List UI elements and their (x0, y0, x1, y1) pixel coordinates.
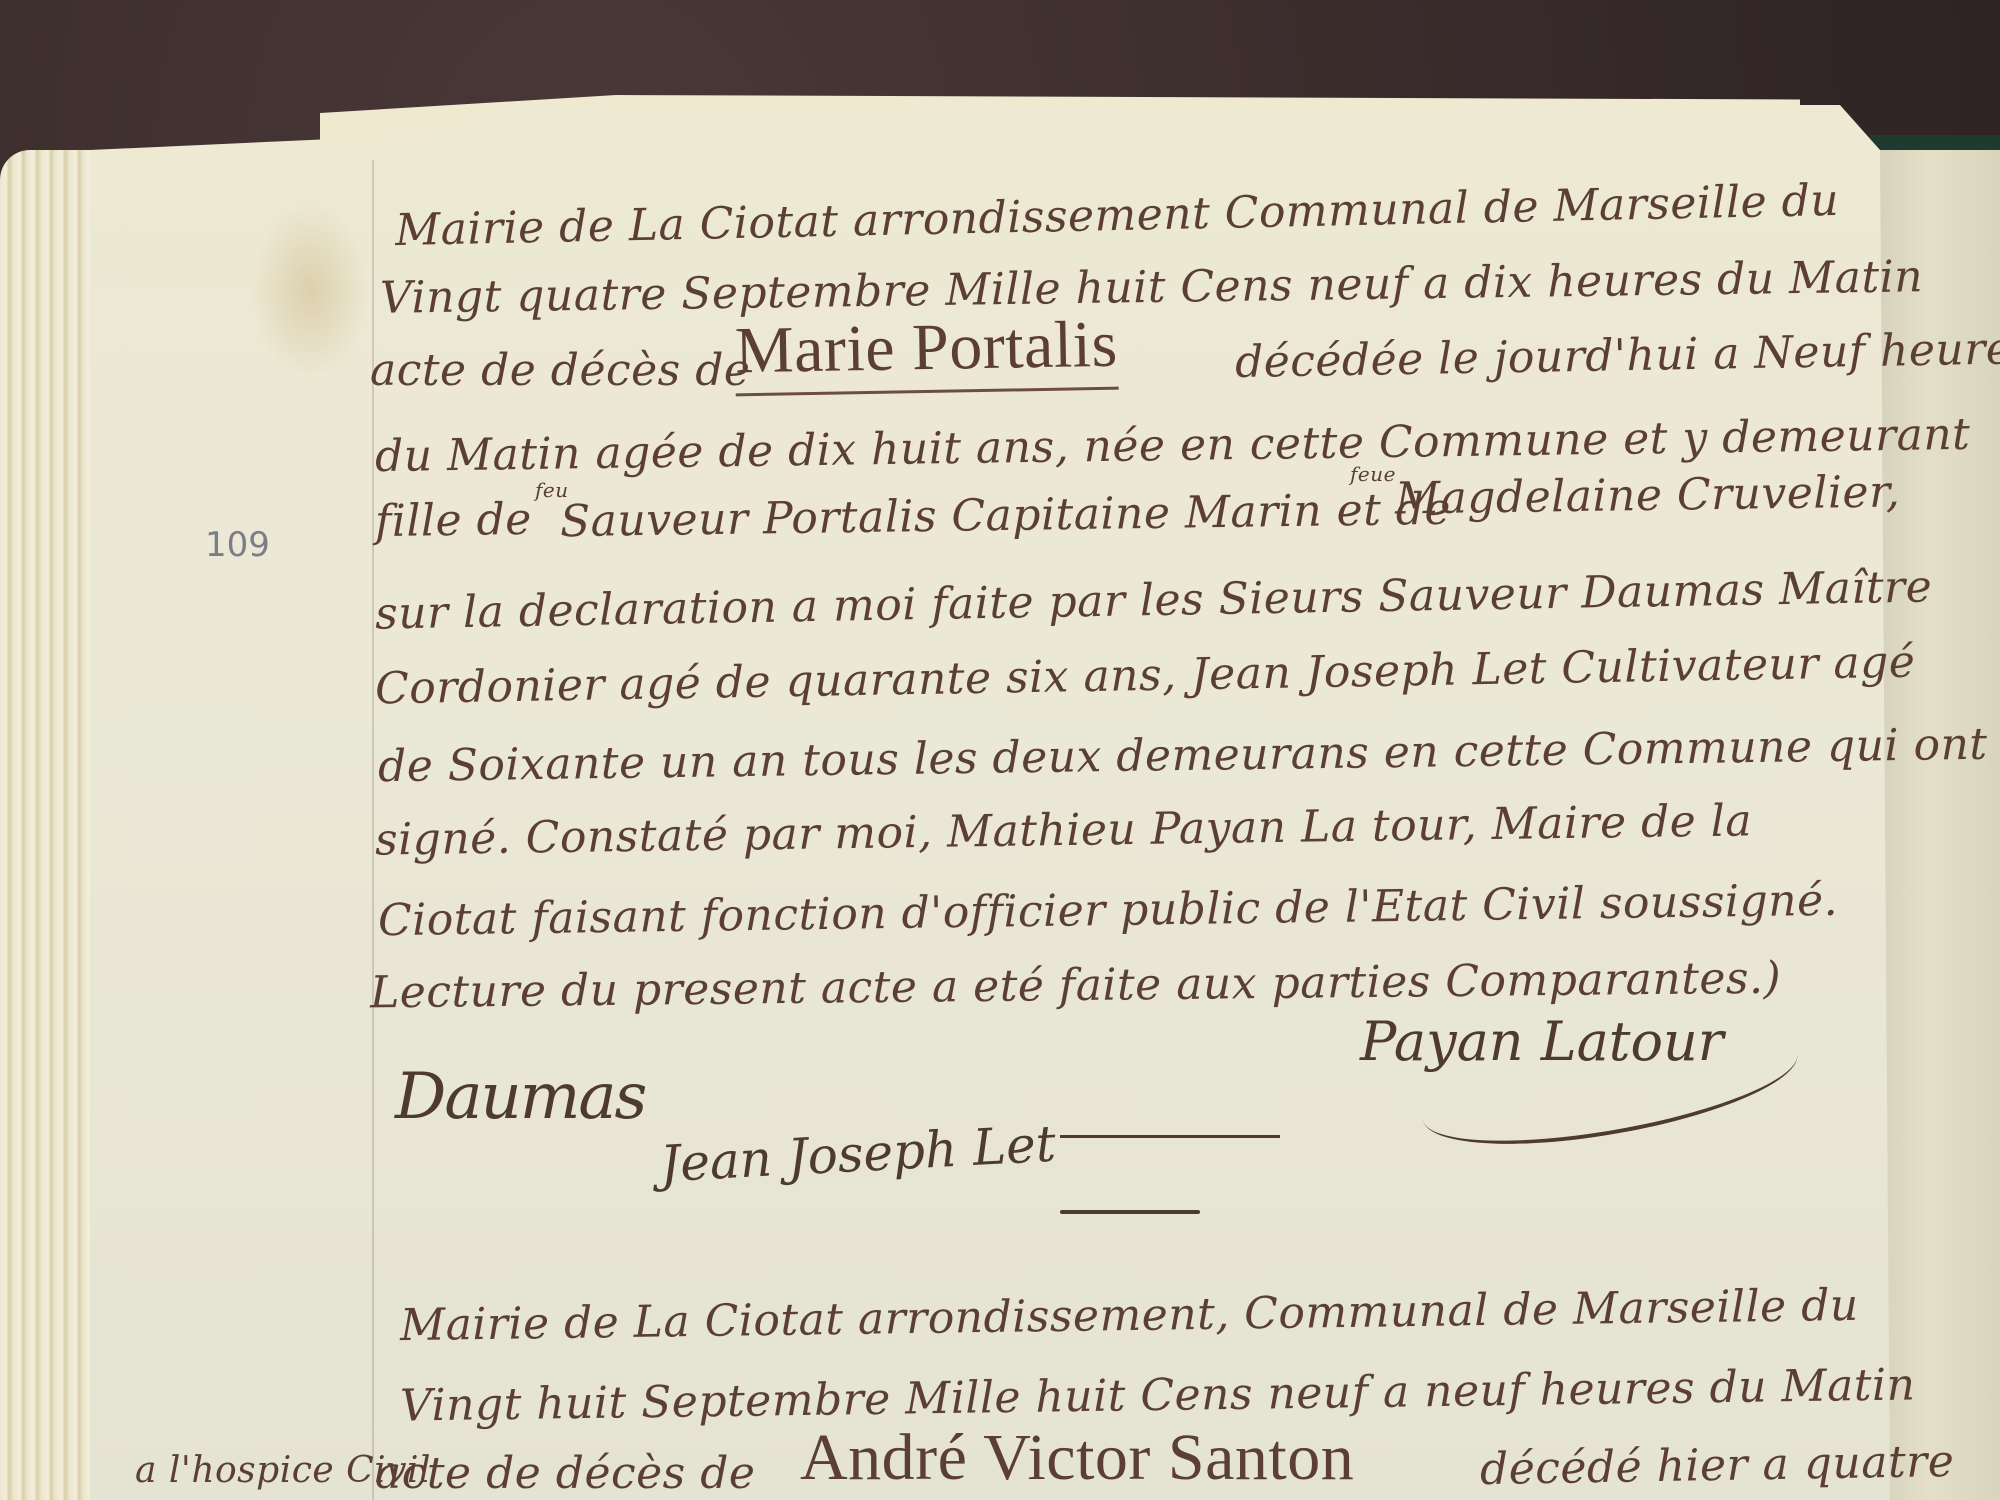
feue-mark: feue (1350, 462, 1396, 486)
record-2-line-3: acte de décès de (375, 1448, 755, 1499)
record-1-line-3: acte de décès de (370, 345, 750, 396)
deceased-name-2: André Victor Santon (800, 1420, 1354, 1500)
folio-number: 109 (205, 525, 270, 565)
deceased-name: Marie Portalis (734, 307, 1118, 397)
water-stain (250, 200, 370, 380)
record-2-line-3b: décédé hier a quatre (1480, 1436, 1955, 1495)
signature-witness-1: Daumas (395, 1060, 645, 1134)
signature-underline (1060, 1135, 1280, 1138)
record-1-line-5a: fille de (375, 494, 532, 547)
record-1-line-5c: Magdelaine Cruvelier, (1395, 466, 1901, 524)
signature-mark (1060, 1210, 1200, 1214)
